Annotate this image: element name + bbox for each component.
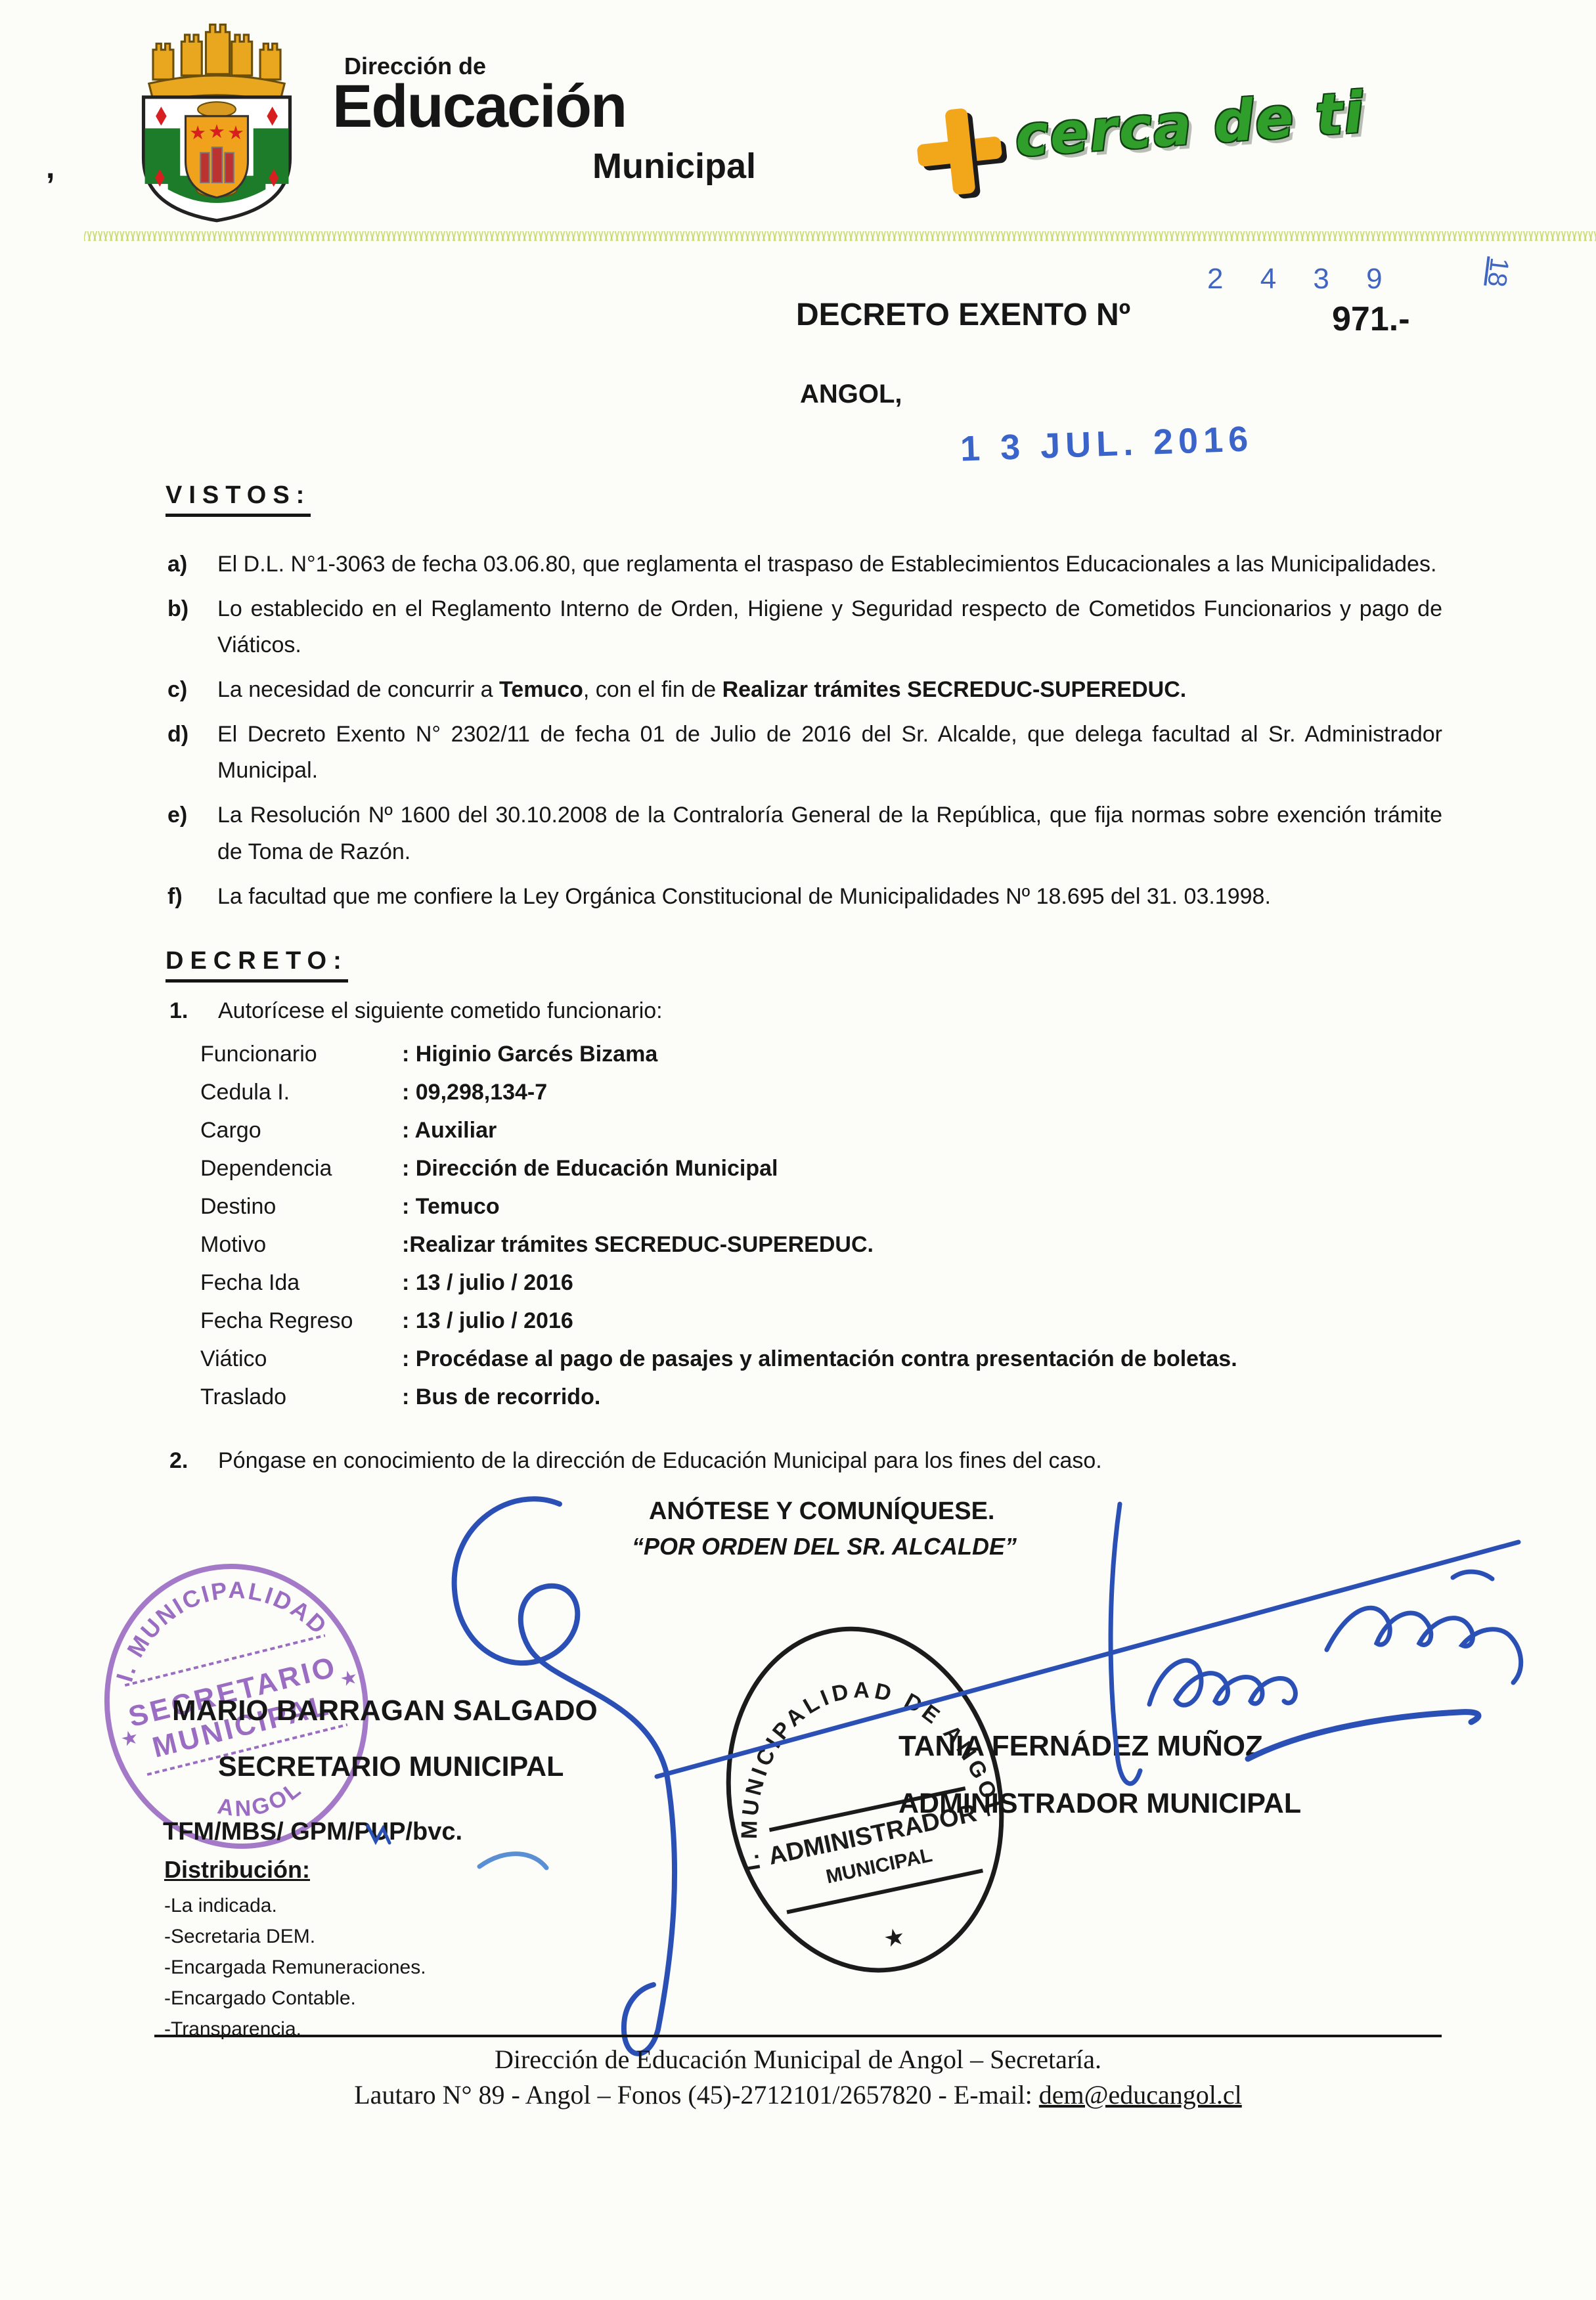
field-fecha-ida: Fecha Ida : 13 / julio / 2016	[200, 1270, 299, 1296]
vistos-item-c: c) La necesidad de concurrir a Temuco, c…	[167, 672, 1445, 708]
vistos-item-f: f) La facultad que me confiere la Ley Or…	[167, 879, 1445, 915]
date-stamp: 1 3 JUL. 2016	[960, 418, 1254, 470]
svg-text:★: ★	[227, 123, 244, 144]
footer-line1: Dirección de Educación Municipal de Ango…	[154, 2044, 1442, 2075]
field-motivo: Motivo :Realizar trámites SECREDUC-SUPER…	[200, 1232, 266, 1258]
corner-serial-mark: 18	[1481, 256, 1514, 289]
org-name-line2: Educación	[332, 76, 626, 137]
vistos-heading: VISTOS:	[166, 481, 311, 517]
stamp-star: ★	[881, 1922, 908, 1953]
vistos-list: a) El D.L. N°1-3063 de fecha 03.06.80, q…	[167, 546, 1445, 923]
city-label: ANGOL,	[800, 380, 902, 409]
municipal-coat-of-arms: ★★★	[115, 14, 319, 225]
svg-text:★: ★	[208, 122, 225, 143]
field-dependencia: Dependencia : Dirección de Educación Mun…	[200, 1156, 332, 1182]
field-funcionario: Funcionario : Higinio Garcés Bizama	[200, 1042, 317, 1067]
decreto-heading: DECRETO:	[166, 947, 348, 983]
decreto-item1-text: Autorícese el siguiente cometido funcion…	[218, 998, 663, 1024]
svg-text:★: ★	[189, 123, 206, 144]
vistos-item-b: b) Lo establecido en el Reglamento Inter…	[167, 591, 1445, 663]
scanned-decree-document: , ★★★	[0, 0, 1596, 2300]
field-cargo: Cargo : Auxiliar	[200, 1118, 261, 1143]
decree-serial-stamp: 2 4 3 9	[1207, 263, 1397, 296]
org-name-line3: Municipal	[592, 148, 756, 184]
footer-email: dem@educangol.cl	[1039, 2080, 1242, 2110]
decreto-item1-number: 1.	[169, 998, 188, 1024]
field-destino: Destino : Temuco	[200, 1194, 276, 1220]
header-divider-zigzag	[84, 231, 1596, 241]
vistos-item-e: e) La Resolución Nº 1600 del 30.10.2008 …	[167, 797, 1445, 870]
scan-speck: ,	[46, 150, 55, 186]
decreto-item2-number: 2.	[169, 1448, 188, 1474]
administrator-signature	[631, 1478, 1563, 1846]
field-traslado: Traslado : Bus de recorrido.	[200, 1384, 286, 1410]
footer-line2: Lautaro N° 89 - Angol – Fonos (45)-27121…	[154, 2079, 1442, 2110]
field-viatico: Viático : Procédase al pago de pasajes y…	[200, 1346, 267, 1372]
field-fecha-regreso: Fecha Regreso : 13 / julio / 2016	[200, 1308, 353, 1334]
field-cedula: Cedula I. : 09,298,134-7	[200, 1080, 290, 1105]
distribution-heading: Distribución:	[164, 1856, 310, 1884]
vistos-item-d: d) El Decreto Exento N° 2302/11 de fecha…	[167, 717, 1445, 789]
decreto-item2-text: Póngase en conocimiento de la dirección …	[218, 1448, 1102, 1474]
vistos-item-a: a) El D.L. N°1-3063 de fecha 03.06.80, q…	[167, 546, 1445, 583]
slogan-text: cerca de ti	[1013, 80, 1367, 170]
decree-number: 971.-	[1332, 299, 1410, 339]
footer-divider	[154, 2035, 1442, 2037]
decree-title: DECRETO EXENTO Nº	[796, 297, 1130, 333]
